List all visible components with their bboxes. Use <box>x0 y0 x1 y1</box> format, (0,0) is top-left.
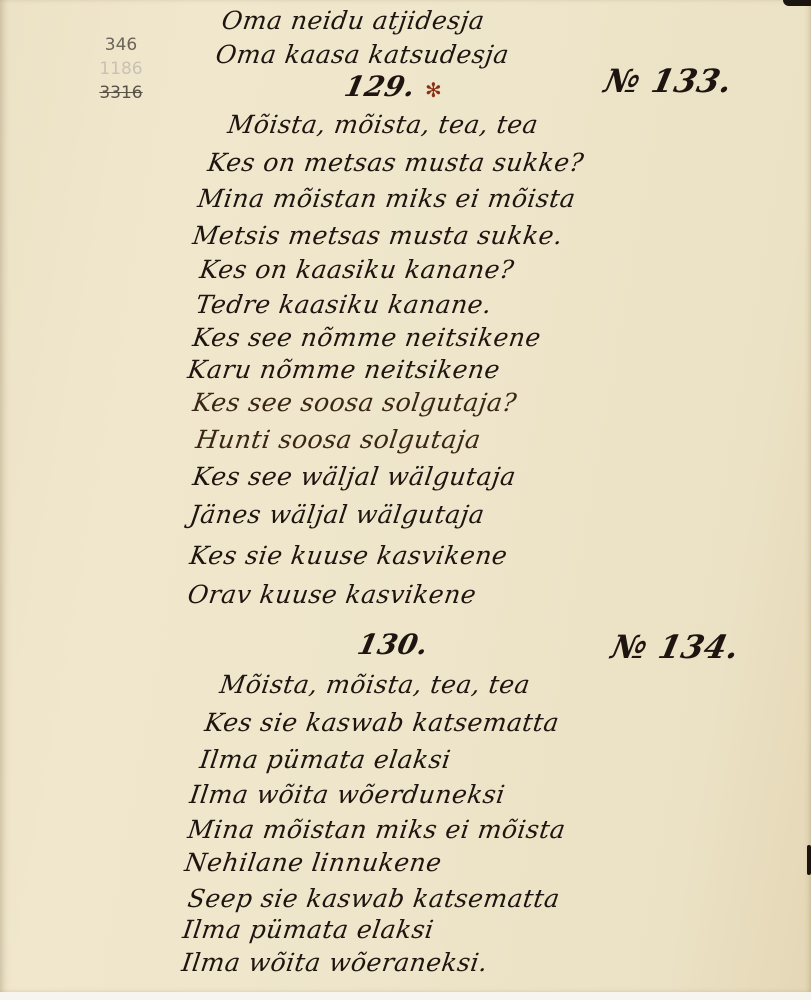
riddle-line: Jänes wäljal wälgutaja <box>188 500 487 529</box>
riddle-line: Kes see soosa solgutaja? <box>191 388 519 417</box>
ink-stain-icon: ✻ <box>425 78 442 103</box>
page-corner-mark <box>783 0 811 6</box>
riddle-line: Karu nõmme neitsikene <box>186 355 502 384</box>
riddle-line: Hunti soosa solgutaja <box>194 425 483 454</box>
riddle-line: Mõista, mõista, tea, tea <box>218 670 532 699</box>
archive-number-faded: 1186 <box>86 57 156 81</box>
riddle-line: Ilma pümata elaksi <box>181 915 436 944</box>
collection-number: № 133. <box>601 62 736 100</box>
riddle-line: Kes see wäljal wälgutaja <box>191 462 518 491</box>
riddle-line: Mina mõistan miks ei mõista <box>196 184 578 213</box>
collection-number: № 134. <box>608 628 743 666</box>
scan-bottom-margin <box>0 992 811 1000</box>
archive-number-struck: 3316 <box>86 81 156 105</box>
riddle-line: Orav kuuse kasvikene <box>186 580 478 609</box>
riddle-number: 129. <box>341 70 418 103</box>
riddle-line: Kes sie kuuse kasvikene <box>188 541 509 570</box>
archive-numbers: 346 1186 3316 <box>86 33 156 105</box>
riddle-line: Kes see nõmme neitsikene <box>191 323 543 352</box>
page-edge-mark <box>807 845 811 875</box>
riddle-line: Mina mõistan miks ei mõista <box>186 815 568 844</box>
riddle-number: 130. <box>354 628 431 661</box>
manuscript-page: 346 1186 3316 Oma neidu atjidesja Oma ka… <box>0 0 811 992</box>
riddle-line: Nehilane linnukene <box>183 848 444 877</box>
riddle-line: Metsis metsas musta sukke. <box>191 221 565 250</box>
archive-number-current: 346 <box>86 33 156 57</box>
riddle-line: Ilma wõita wõeraneksi. <box>180 948 490 977</box>
riddle-line: Ilma wõita wõerduneksi <box>188 780 507 809</box>
riddle-line: Kes on metsas musta sukke? <box>206 148 586 177</box>
riddle-line: Kes sie kaswab katsematta <box>203 708 561 737</box>
riddle-line: Kes on kaasiku kanane? <box>198 255 516 284</box>
continuation-line: Oma kaasa katsudesja <box>214 40 511 69</box>
riddle-line: Mõista, mõista, tea, tea <box>226 110 540 139</box>
riddle-line: Ilma pümata elaksi <box>198 745 453 774</box>
continuation-line: Oma neidu atjidesja <box>220 6 487 35</box>
riddle-line: Tedre kaasiku kanane. <box>194 290 494 319</box>
riddle-line: Seep sie kaswab katsematta <box>186 884 562 913</box>
